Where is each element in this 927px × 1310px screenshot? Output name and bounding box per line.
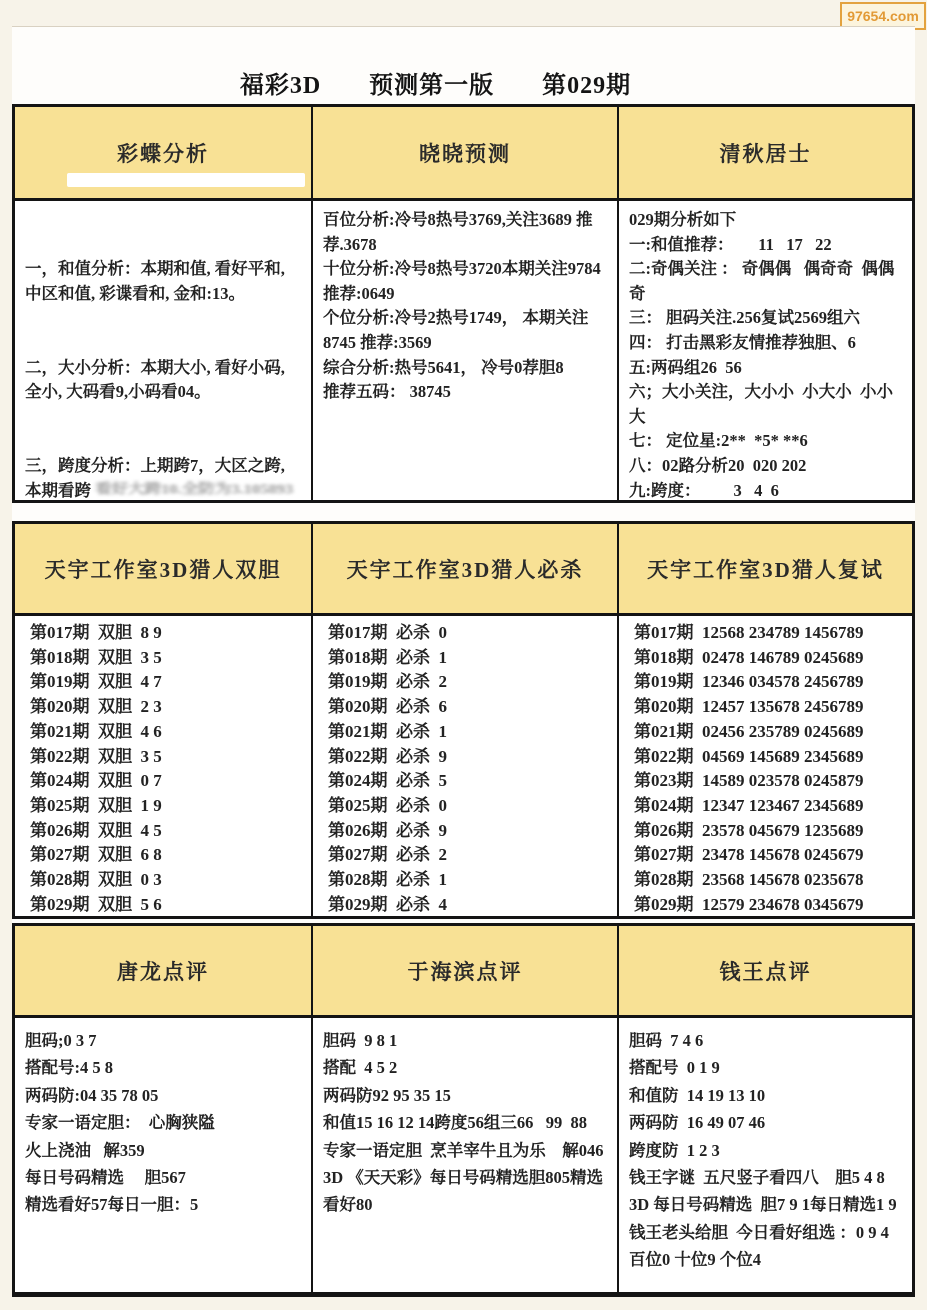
list-line: 第024期 双胆 0 7 <box>30 769 303 794</box>
list-line: 十位分析:冷号8热号3720本期关注9784 推荐:0649 <box>323 257 607 306</box>
list-line: 第029期 12579 234678 0345679 <box>634 893 904 916</box>
list-line: 第019期 必杀 2 <box>328 670 609 695</box>
list-line: 第026期 双胆 4 5 <box>30 819 303 844</box>
panel-header: 钱王点评 <box>619 926 912 1018</box>
list-line: 搭配 4 5 2 <box>323 1054 607 1081</box>
list-line: 第025期 必杀 0 <box>328 794 609 819</box>
list-line: 搭配号:4 5 8 <box>25 1054 301 1081</box>
list-line: 第020期 必杀 6 <box>328 695 609 720</box>
list-line: 专家一语定胆 烹羊宰牛且为乐 解046 <box>323 1137 607 1164</box>
list-line: 六；大小关注，大小小 小大小 小小大 <box>629 380 902 429</box>
list-line: 第027期 必杀 2 <box>328 843 609 868</box>
list-line: 火上浇油 解359 <box>25 1137 301 1164</box>
list-line: 3D 《天天彩》每日号码精选胆805精选看好80 <box>323 1164 607 1219</box>
panel-tanglong-review: 唐龙点评 胆码;0 3 7搭配号:4 5 8两码防:04 35 78 05专家一… <box>15 926 311 1292</box>
list-line: 钱王老头给胆 今日看好组选 ：0 9 4百位0 十位9 个位4 <box>629 1219 902 1274</box>
list-line: 七： 定位星:2** *5* **6 <box>629 429 902 454</box>
list-line: 第028期 必杀 1 <box>328 868 609 893</box>
list-line: 专家一语定胆： 心胸狭隘 <box>25 1109 301 1136</box>
panel-title: 钱王点评 <box>720 956 812 986</box>
list-line: 第017期 双胆 8 9 <box>30 621 303 646</box>
panel-header: 彩蝶分析 <box>15 107 311 201</box>
list-line: 第018期 必杀 1 <box>328 646 609 671</box>
panel-yuhaibin-review: 于海滨点评 胆码 9 8 1搭配 4 5 2两码防92 95 35 15和值15… <box>311 926 617 1292</box>
list-line: 第022期 04569 145689 2345689 <box>634 745 904 770</box>
analysis-line: 二，大小分析：本期大小, 看好小码, 全小, 大码看9,小码看04。 <box>25 356 301 405</box>
panel-content: 一，和值分析：本期和值, 看好平和, 中区和值, 彩谍看和, 金和:13。 二，… <box>15 201 311 500</box>
page-title: 福彩3D预测第一版第029期 <box>12 65 915 100</box>
panel-header: 于海滨点评 <box>313 926 617 1018</box>
panel-header: 天宇工作室3D猎人复试 <box>619 524 912 616</box>
smudged-text: 看好大跨10.全防为3.105893 <box>95 479 293 500</box>
panel-content: 第017期 必杀 0第018期 必杀 1第019期 必杀 2第020期 必杀 6… <box>313 616 617 916</box>
list-line: 综合分析:热号5641， 冷号0荐胆8 <box>323 356 607 381</box>
list-line: 029期分析如下 <box>629 208 902 233</box>
review-row: 唐龙点评 胆码;0 3 7搭配号:4 5 8两码防:04 35 78 05专家一… <box>12 923 915 1297</box>
panel-title: 天宇工作室3D猎人双胆 <box>45 554 282 584</box>
list-line: 第019期 双胆 4 7 <box>30 670 303 695</box>
list-line: 跨度防 1 2 3 <box>629 1137 902 1164</box>
list-line: 个位分析:冷号2热号1749， 本期关注 8745 推荐:3569 <box>323 306 607 355</box>
title-issue-number: 第029期 <box>542 73 631 99</box>
list-line: 第020期 双胆 2 3 <box>30 695 303 720</box>
list-line: 第026期 必杀 9 <box>328 819 609 844</box>
list-line: 和值防 14 19 13 10 <box>629 1082 902 1109</box>
list-line: 八：02路分析20 020 202 <box>629 454 902 479</box>
list-line: 第021期 02456 235789 0245689 <box>634 720 904 745</box>
list-line: 百位分析:冷号8热号3769,关注3689 推荐.3678 <box>323 208 607 257</box>
panel-xiaoxiao-forecast: 晓晓预测 百位分析:冷号8热号3769,关注3689 推荐.3678十位分析:冷… <box>311 107 617 500</box>
list-line: 第024期 12347 123467 2345689 <box>634 794 904 819</box>
analysis-row: 彩蝶分析 一，和值分析：本期和值, 看好平和, 中区和值, 彩谍看和, 金和:1… <box>12 104 915 503</box>
list-line: 第021期 双胆 4 6 <box>30 720 303 745</box>
list-line: 两码防:04 35 78 05 <box>25 1082 301 1109</box>
list-line: 两码防92 95 35 15 <box>323 1082 607 1109</box>
prediction-sheet: 97654.com 福彩3D预测第一版第029期 彩蝶分析 一，和值分析：本期和… <box>0 0 927 1310</box>
panel-content: 第017期 12568 234789 1456789第018期 02478 14… <box>619 616 912 916</box>
history-row: 天宇工作室3D猎人双胆 第017期 双胆 8 9第018期 双胆 3 5第019… <box>12 521 915 919</box>
panel-header: 唐龙点评 <box>15 926 311 1018</box>
panel-content: 胆码 9 8 1搭配 4 5 2两码防92 95 35 15和值15 16 12… <box>313 1018 617 1226</box>
list-line: 第022期 双胆 3 5 <box>30 745 303 770</box>
list-line: 第018期 02478 146789 0245689 <box>634 646 904 671</box>
panel-title: 天宇工作室3D猎人必杀 <box>347 554 584 584</box>
panel-tianyu-fushi: 天宇工作室3D猎人复试 第017期 12568 234789 1456789第0… <box>617 524 912 916</box>
panel-content: 第017期 双胆 8 9第018期 双胆 3 5第019期 双胆 4 7第020… <box>15 616 311 916</box>
list-line: 3D 每日号码精选 胆7 9 1每日精选1 9 <box>629 1191 902 1218</box>
panel-title: 唐龙点评 <box>117 956 209 986</box>
panel-content: 029期分析如下一:和值推荐： 11 17 22二:奇偶关注 ： 奇偶偶 偶奇奇… <box>619 201 912 500</box>
list-line: 第021期 必杀 1 <box>328 720 609 745</box>
list-line: 第027期 23478 145678 0245679 <box>634 843 904 868</box>
list-line: 三： 胆码关注.256复试2569组六 <box>629 306 902 331</box>
list-line: 钱王字谜 五尺竖子看四八 胆5 4 8 <box>629 1164 902 1191</box>
list-line: 推荐五码： 38745 <box>323 380 607 405</box>
panel-title: 天宇工作室3D猎人复试 <box>647 554 884 584</box>
list-line: 第019期 12346 034578 2456789 <box>634 670 904 695</box>
panel-tianyu-bisha: 天宇工作室3D猎人必杀 第017期 必杀 0第018期 必杀 1第019期 必杀… <box>311 524 617 916</box>
list-line: 第024期 必杀 5 <box>328 769 609 794</box>
list-line: 第017期 必杀 0 <box>328 621 609 646</box>
panel-qianwang-review: 钱王点评 胆码 7 4 6搭配号 0 1 9和值防 14 19 13 10两码防… <box>617 926 912 1292</box>
list-line: 第018期 双胆 3 5 <box>30 646 303 671</box>
analysis-line: 三，跨度分析：上期跨7，大区之跨, 本期看跨 看好大跨10.全防为3.10589… <box>25 454 301 500</box>
title-lottery-name: 福彩3D <box>240 73 321 99</box>
list-line: 精选看好57每日一胆：5 <box>25 1191 301 1218</box>
redaction-bar <box>67 173 305 187</box>
list-line: 第023期 14589 023578 0245879 <box>634 769 904 794</box>
list-line: 四： 打击黑彩友情推荐独胆、6 <box>629 331 902 356</box>
list-line: 第029期 双胆 5 6 <box>30 893 303 916</box>
page: 福彩3D预测第一版第029期 彩蝶分析 一，和值分析：本期和值, 看好平和, 中… <box>12 26 915 1297</box>
list-line: 九:跨度： 3 4 6 <box>629 479 902 500</box>
panel-title: 清秋居士 <box>720 138 812 168</box>
panel-content: 胆码 7 4 6搭配号 0 1 9和值防 14 19 13 10两码防 16 4… <box>619 1018 912 1281</box>
list-line: 第026期 23578 045679 1235689 <box>634 819 904 844</box>
list-line: 第027期 双胆 6 8 <box>30 843 303 868</box>
list-line: 一:和值推荐： 11 17 22 <box>629 233 902 258</box>
panel-header: 晓晓预测 <box>313 107 617 201</box>
panel-content: 百位分析:冷号8热号3769,关注3689 推荐.3678十位分析:冷号8热号3… <box>313 201 617 412</box>
list-line: 两码防 16 49 07 46 <box>629 1109 902 1136</box>
list-line: 第029期 必杀 4 <box>328 893 609 916</box>
list-line: 胆码 7 4 6 <box>629 1027 902 1054</box>
list-line: 搭配号 0 1 9 <box>629 1054 902 1081</box>
panel-caidie-analysis: 彩蝶分析 一，和值分析：本期和值, 看好平和, 中区和值, 彩谍看和, 金和:1… <box>15 107 311 500</box>
analysis-line: 一，和值分析：本期和值, 看好平和, 中区和值, 彩谍看和, 金和:13。 <box>25 257 301 306</box>
list-line: 每日号码精选 胆567 <box>25 1164 301 1191</box>
list-line: 和值15 16 12 14跨度56组三66 99 88 <box>323 1109 607 1136</box>
panel-content: 胆码;0 3 7搭配号:4 5 8两码防:04 35 78 05专家一语定胆： … <box>15 1018 311 1226</box>
panel-header: 天宇工作室3D猎人双胆 <box>15 524 311 616</box>
panel-title: 于海滨点评 <box>408 956 523 986</box>
list-line: 第025期 双胆 1 9 <box>30 794 303 819</box>
list-line: 二:奇偶关注 ： 奇偶偶 偶奇奇 偶偶奇 <box>629 257 902 306</box>
list-line: 第022期 必杀 9 <box>328 745 609 770</box>
panel-tianyu-shuangdan: 天宇工作室3D猎人双胆 第017期 双胆 8 9第018期 双胆 3 5第019… <box>15 524 311 916</box>
list-line: 胆码 9 8 1 <box>323 1027 607 1054</box>
panel-title: 彩蝶分析 <box>117 138 209 168</box>
list-line: 第020期 12457 135678 2456789 <box>634 695 904 720</box>
list-line: 五:两码组26 56 <box>629 356 902 381</box>
panel-title: 晓晓预测 <box>419 138 511 168</box>
panel-qingqiu-jushi: 清秋居士 029期分析如下一:和值推荐： 11 17 22二:奇偶关注 ： 奇偶… <box>617 107 912 500</box>
list-line: 第028期 双胆 0 3 <box>30 868 303 893</box>
list-line: 胆码;0 3 7 <box>25 1027 301 1054</box>
list-line: 第017期 12568 234789 1456789 <box>634 621 904 646</box>
panel-header: 天宇工作室3D猎人必杀 <box>313 524 617 616</box>
list-line: 第028期 23568 145678 0235678 <box>634 868 904 893</box>
title-edition: 预测第一版 <box>369 73 494 99</box>
panel-header: 清秋居士 <box>619 107 912 201</box>
